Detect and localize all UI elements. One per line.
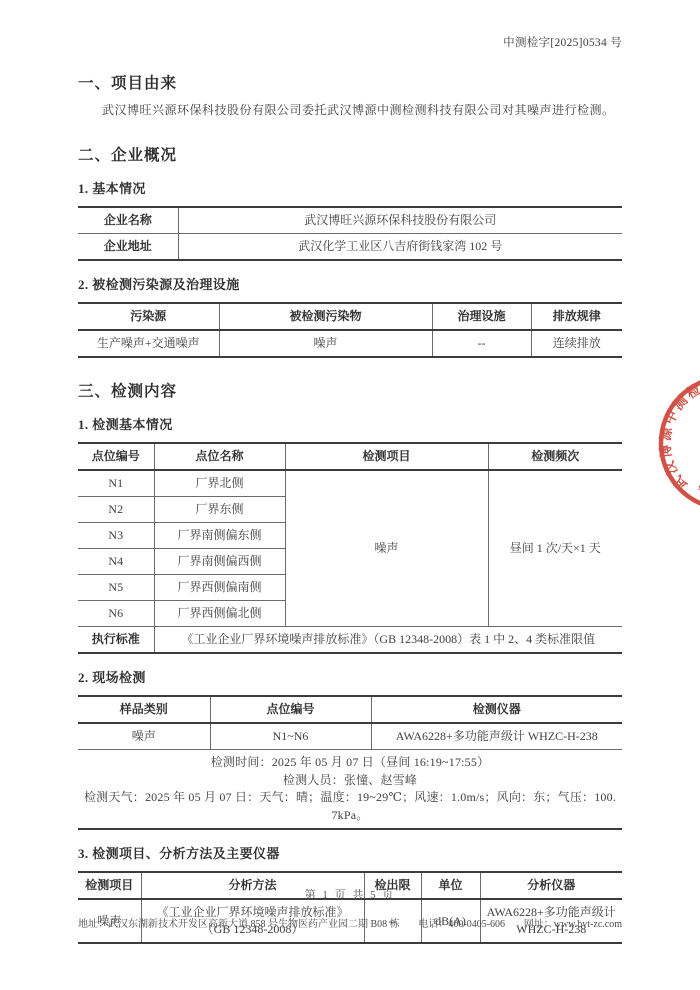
table-header-row: 点位编号 点位名称 检测项目 检测频次 (78, 443, 622, 470)
point-id: N4 (78, 549, 154, 575)
table-row: 噪声 N1~N6 AWA6228+多功能声级计 WHZC-H-238 (78, 723, 622, 750)
col-emission-pattern: 排放规律 (531, 303, 622, 330)
point-id: N2 (78, 497, 154, 523)
stamp-ring (648, 364, 700, 522)
points-table: 点位编号 点位名称 检测项目 检测频次 N1 厂界北侧 噪声 昼间 1 次/天×… (78, 442, 622, 654)
point-name: 厂界南侧偏东侧 (154, 523, 285, 549)
page-number: 第 1 页 共 5 页 (78, 886, 622, 902)
section-1-paragraph: 武汉博旺兴源环保科技股份有限公司委托武汉博源中测检测科技有限公司对其噪声进行检测… (78, 99, 622, 122)
standard-value: 《工业企业厂界环境噪声排放标准》（GB 12348-2008）表 1 中 2、4… (154, 627, 622, 654)
stamp-label: 检验检测专用章 (696, 448, 700, 499)
footer-phone: 电话：400-0405-606 (418, 915, 505, 930)
standard-label: 执行标准 (78, 627, 154, 654)
point-id: N6 (78, 601, 154, 627)
point-name: 厂界西侧偏北侧 (154, 601, 285, 627)
company-name-label: 企业名称 (78, 207, 178, 234)
doc-number: 中测检字[2025]0534 号 (78, 34, 622, 50)
table-header-row: 污染源 被检测污染物 治理设施 排放规律 (78, 303, 622, 330)
table-row: 企业地址 武汉化学工业区八吉府街钱家湾 102 号 (78, 234, 622, 261)
stamp-ring-text: 武汉博源中测检测科技有限公司 (648, 364, 700, 495)
basic-info-table: 企业名称 武汉博旺兴源环保科技股份有限公司 企业地址 武汉化学工业区八吉府街钱家… (78, 206, 622, 261)
section-2-1-title: 1. 基本情况 (78, 178, 622, 197)
instrument: AWA6228+多功能声级计 WHZC-H-238 (371, 723, 622, 750)
test-item: 噪声 (285, 470, 488, 627)
test-weather: 检测天气：2025 年 05 月 07 日：天气：晴；温度：19~29℃；风速：… (81, 789, 619, 824)
pollution-table: 污染源 被检测污染物 治理设施 排放规律 生产噪声+交通噪声 噪声 -- 连续排… (78, 302, 622, 358)
point-id: N3 (78, 523, 154, 549)
point-ids: N1~N6 (210, 723, 371, 750)
page-footer: 第 1 页 共 5 页 地址：武汉东湖新技术开发区高新大道 858 号生物医药产… (78, 886, 622, 930)
footer-address: 地址：武汉东湖新技术开发区高新大道 858 号生物医药产业园二期 B08 栋 (78, 915, 400, 930)
test-frequency: 昼间 1 次/天×1 天 (488, 470, 622, 627)
point-name: 厂界北侧 (154, 470, 285, 497)
sample-type: 噪声 (78, 723, 210, 750)
point-id: N5 (78, 575, 154, 601)
col-point-name: 点位名称 (154, 443, 285, 470)
col-pollutant: 被检测污染物 (219, 303, 432, 330)
section-3-3-title: 3. 检测项目、分析方法及主要仪器 (78, 843, 622, 862)
standard-row: 执行标准 《工业企业厂界环境噪声排放标准》（GB 12348-2008）表 1 … (78, 627, 622, 654)
test-personnel: 检测人员：张憧、赵雪峰 (81, 772, 619, 790)
section-2-title: 二、企业概况 (78, 143, 622, 165)
table-header-row: 样品类别 点位编号 检测仪器 (78, 696, 622, 723)
field-test-table: 样品类别 点位编号 检测仪器 噪声 N1~N6 AWA6228+多功能声级计 W… (78, 695, 622, 830)
company-address-label: 企业地址 (78, 234, 178, 261)
notes-row: 检测时间：2025 年 05 月 07 日（昼间 16:19~17:55） 检测… (78, 750, 622, 830)
footer-website: 网址：www.byt-zc.com (524, 915, 622, 930)
section-3-title: 三、检测内容 (78, 379, 622, 401)
pollution-source: 生产噪声+交通噪声 (78, 330, 219, 357)
field-test-notes: 检测时间：2025 年 05 月 07 日（昼间 16:19~17:55） 检测… (78, 750, 622, 830)
red-seal-stamp: 武汉博源中测检测科技有限公司 ★ 检验检测专用章 (648, 364, 700, 522)
company-address-value: 武汉化学工业区八吉府街钱家湾 102 号 (178, 234, 622, 261)
report-page: 中测检字[2025]0534 号 一、项目由来 武汉博旺兴源环保科技股份有限公司… (0, 0, 700, 990)
table-row: 企业名称 武汉博旺兴源环保科技股份有限公司 (78, 207, 622, 234)
section-1-title: 一、项目由来 (78, 71, 622, 93)
col-test-item: 检测项目 (285, 443, 488, 470)
section-3-2-title: 2. 现场检测 (78, 667, 622, 686)
col-instrument: 检测仪器 (371, 696, 622, 723)
col-sample-type: 样品类别 (78, 696, 210, 723)
section-2-2-title: 2. 被检测污染源及治理设施 (78, 274, 622, 293)
col-treatment: 治理设施 (432, 303, 531, 330)
section-3-1-title: 1. 检测基本情况 (78, 414, 622, 433)
test-time: 检测时间：2025 年 05 月 07 日（昼间 16:19~17:55） (81, 754, 619, 772)
point-name: 厂界南侧偏西侧 (154, 549, 285, 575)
col-test-frequency: 检测频次 (488, 443, 622, 470)
pollutant: 噪声 (219, 330, 432, 357)
company-name-value: 武汉博旺兴源环保科技股份有限公司 (178, 207, 622, 234)
contact-line: 地址：武汉东湖新技术开发区高新大道 858 号生物医药产业园二期 B08 栋 电… (78, 915, 622, 930)
col-point-ids: 点位编号 (210, 696, 371, 723)
point-id: N1 (78, 470, 154, 497)
col-point-id: 点位编号 (78, 443, 154, 470)
point-name: 厂界东侧 (154, 497, 285, 523)
treatment: -- (432, 330, 531, 357)
point-name: 厂界西侧偏南侧 (154, 575, 285, 601)
table-row: N1 厂界北侧 噪声 昼间 1 次/天×1 天 (78, 470, 622, 497)
table-row: 生产噪声+交通噪声 噪声 -- 连续排放 (78, 330, 622, 357)
emission-pattern: 连续排放 (531, 330, 622, 357)
col-pollution-source: 污染源 (78, 303, 219, 330)
